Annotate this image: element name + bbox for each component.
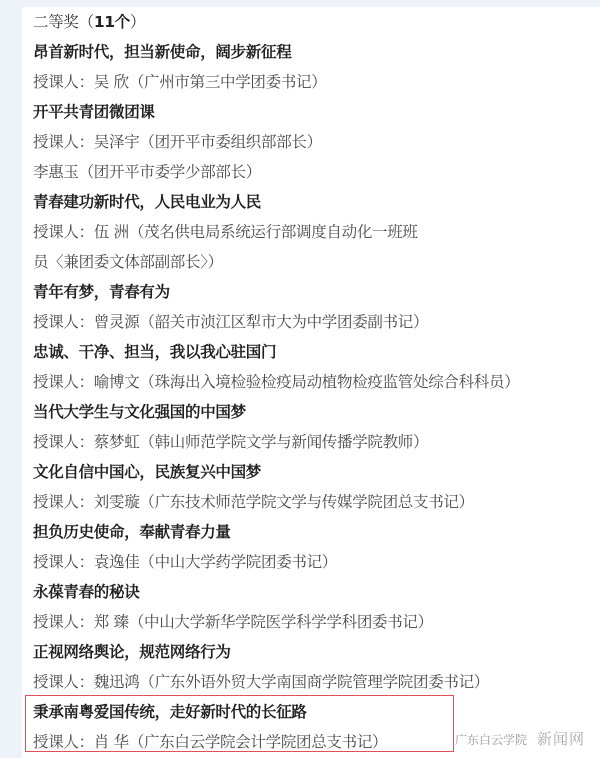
- course-title: 忠诚、干净、担当，我以我心驻国门: [33, 337, 600, 367]
- course-title: 青年有梦，青春有为: [33, 277, 600, 307]
- course-teacher: 李惠玉（团开平市委学少部部长）: [33, 157, 600, 187]
- course-title: 开平共青团微团课: [33, 97, 600, 127]
- course-title: 担负历史使命，奉献青春力量: [33, 517, 600, 547]
- award-list: 二等奖（11个） 昂首新时代，担当新使命，阔步新征程 授课人：吴 欣（广州市第三…: [33, 7, 600, 757]
- watermark-label: 新闻网: [537, 730, 585, 748]
- course-teacher: 员〈兼团委文体部副部长〉）: [33, 247, 600, 277]
- award-heading: 二等奖（11个）: [33, 7, 600, 37]
- course-title: 文化自信中国心，民族复兴中国梦: [33, 457, 600, 487]
- watermark: 广东白云学院新闻网: [455, 728, 585, 749]
- course-title: 正视网络舆论，规范网络行为: [33, 637, 600, 667]
- article-panel: 二等奖（11个） 昂首新时代，担当新使命，阔步新征程 授课人：吴 欣（广州市第三…: [22, 7, 600, 758]
- course-title-highlighted: 秉承南粤爱国传统，走好新时代的长征路: [33, 697, 600, 727]
- course-teacher: 授课人：曾灵源（韶关市浈江区犁市大为中学团委副书记）: [33, 307, 600, 337]
- course-teacher: 授课人：郑 臻（中山大学新华学院医学科学学科团委书记）: [33, 607, 600, 637]
- course-title: 青春建功新时代，人民电业为人民: [33, 187, 600, 217]
- course-title: 永葆青春的秘诀: [33, 577, 600, 607]
- award-count: 11个: [94, 13, 130, 31]
- course-teacher: 授课人：吴泽宇（团开平市委组织部部长）: [33, 127, 600, 157]
- course-title: 昂首新时代，担当新使命，阔步新征程: [33, 37, 600, 67]
- course-teacher: 授课人：喻博文（珠海出入境检验检疫局动植物检疫监管处综合科科员）: [33, 367, 600, 397]
- watermark-org: 广东白云学院: [455, 733, 527, 747]
- heading-suffix: ）: [130, 13, 145, 31]
- heading-prefix: 二等奖（: [33, 13, 94, 31]
- course-teacher: 授课人：蔡梦虹（韩山师范学院文学与新闻传播学院教师）: [33, 427, 600, 457]
- course-teacher: 授课人：刘雯璇（广东技术师范学院文学与传媒学院团总支书记）: [33, 487, 600, 517]
- course-teacher: 授课人：魏迅鸿（广东外语外贸大学南国商学院管理学院团委书记）: [33, 667, 600, 697]
- course-teacher: 授课人：吴 欣（广州市第三中学团委书记）: [33, 67, 600, 97]
- course-teacher: 授课人：伍 洲（茂名供电局系统运行部调度自动化一班班: [33, 217, 600, 247]
- course-title: 当代大学生与文化强国的中国梦: [33, 397, 600, 427]
- course-teacher: 授课人：袁逸佳（中山大学药学院团委书记）: [33, 547, 600, 577]
